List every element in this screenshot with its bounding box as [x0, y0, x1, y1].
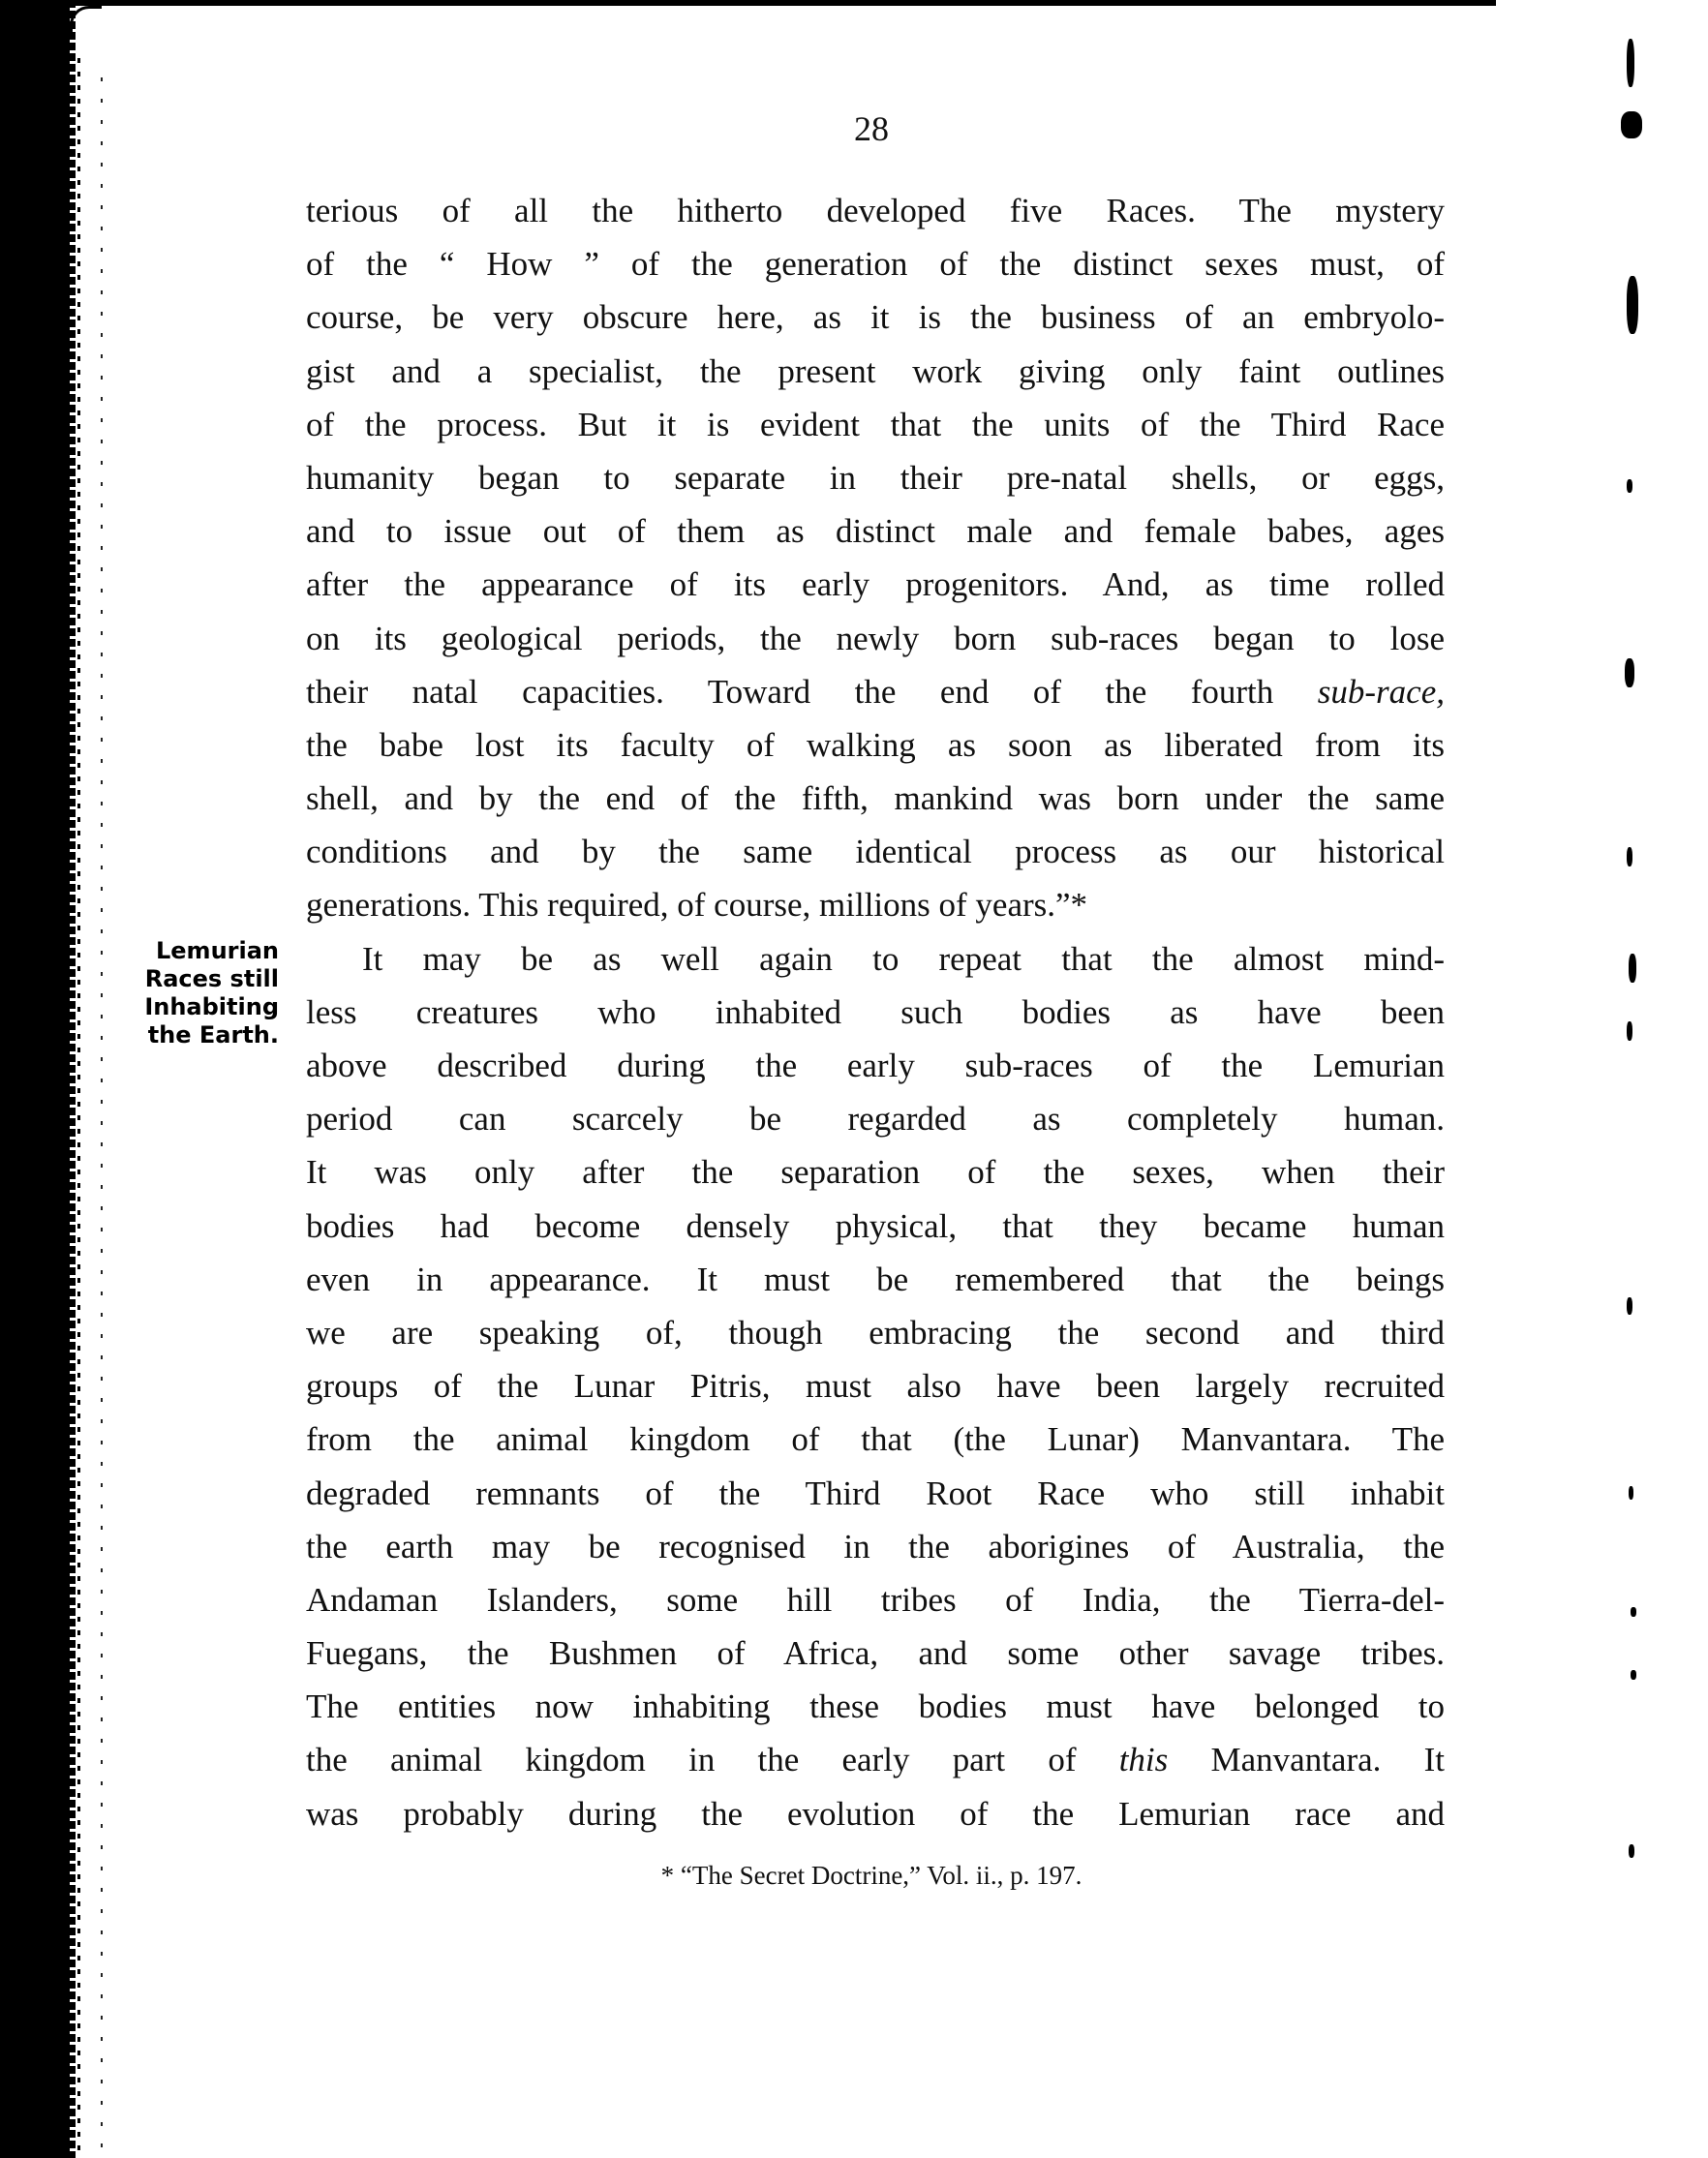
text-line: of the “ How ” of the generation of the … — [306, 237, 1445, 290]
italic-term: this — [1119, 1741, 1169, 1778]
margin-note: Lemurian Races still Inhabiting the Eart… — [122, 937, 279, 1049]
text-line-with-italic: the animal kingdom in the early part of … — [306, 1733, 1445, 1786]
binding-line-faint — [101, 77, 103, 2158]
page-number: 28 — [842, 108, 900, 149]
text-line: Andaman Islanders, some hill tribes of I… — [306, 1573, 1445, 1626]
text-line: Fuegans, the Bushmen of Africa, and some… — [306, 1626, 1445, 1680]
text-line: course, be very obscure here, as it is t… — [306, 290, 1445, 344]
text-line: humanity began to separate in their pre-… — [306, 451, 1445, 504]
text-line: and to issue out of them as distinct mal… — [306, 504, 1445, 558]
text-line: on its geological periods, the newly bor… — [306, 612, 1445, 665]
page-top-edge — [53, 0, 1496, 6]
text-segment: their natal capacities. Toward the end o… — [306, 673, 1318, 711]
text-segment: Manvantara. It — [1168, 1741, 1445, 1778]
binding-line — [77, 58, 80, 2158]
margin-note-line: the Earth. — [122, 1021, 279, 1049]
text-line: degraded remnants of the Third Root Race… — [306, 1467, 1445, 1520]
italic-term: sub-race, — [1318, 673, 1445, 711]
text-line: period can scarcely be regarded as compl… — [306, 1092, 1445, 1145]
text-line: groups of the Lunar Pitris, must also ha… — [306, 1359, 1445, 1413]
text-line: even in appearance. It must be remembere… — [306, 1253, 1445, 1306]
page-corner-curl — [70, 6, 102, 38]
text-line: after the appearance of its early progen… — [306, 558, 1445, 611]
text-line: bodies had become densely physical, that… — [306, 1200, 1445, 1253]
text-line: terious of all the hitherto developed fi… — [306, 184, 1445, 237]
text-segment: the animal kingdom in the early part of — [306, 1741, 1119, 1778]
text-line: It was only after the separation of the … — [306, 1145, 1445, 1199]
text-line: the earth may be recognised in the abori… — [306, 1520, 1445, 1573]
text-line: of the process. But it is evident that t… — [306, 398, 1445, 451]
margin-note-line: Inhabiting — [122, 993, 279, 1021]
paragraph-start-line: It may be as well again to repeat that t… — [306, 932, 1445, 986]
body-text: terious of all the hitherto developed fi… — [306, 184, 1445, 1840]
text-line: generations. This required, of course, m… — [306, 878, 1445, 931]
text-line: less creatures who inhabited such bodies… — [306, 986, 1445, 1039]
text-line: the babe lost its faculty of walking as … — [306, 718, 1445, 772]
text-line: The entities now inhabiting these bodies… — [306, 1680, 1445, 1733]
text-line: conditions and by the same identical pro… — [306, 825, 1445, 878]
text-line: was probably during the evolution of the… — [306, 1787, 1445, 1840]
margin-note-line: Lemurian — [122, 937, 279, 965]
book-binding-edge — [0, 0, 70, 2158]
margin-note-line: Races still — [122, 965, 279, 993]
right-edge-scan-marks — [1627, 0, 1646, 2158]
text-line-with-italic: their natal capacities. Toward the end o… — [306, 665, 1445, 718]
text-line: shell, and by the end of the fifth, mank… — [306, 772, 1445, 825]
text-line: above described during the early sub-rac… — [306, 1039, 1445, 1092]
footnote: * “The Secret Doctrine,” Vol. ii., p. 19… — [484, 1861, 1259, 1891]
text-line: we are speaking of, though embracing the… — [306, 1306, 1445, 1359]
text-line: from the animal kingdom of that (the Lun… — [306, 1413, 1445, 1466]
text-line: gist and a specialist, the present work … — [306, 345, 1445, 398]
binding-shadow — [70, 0, 76, 2158]
